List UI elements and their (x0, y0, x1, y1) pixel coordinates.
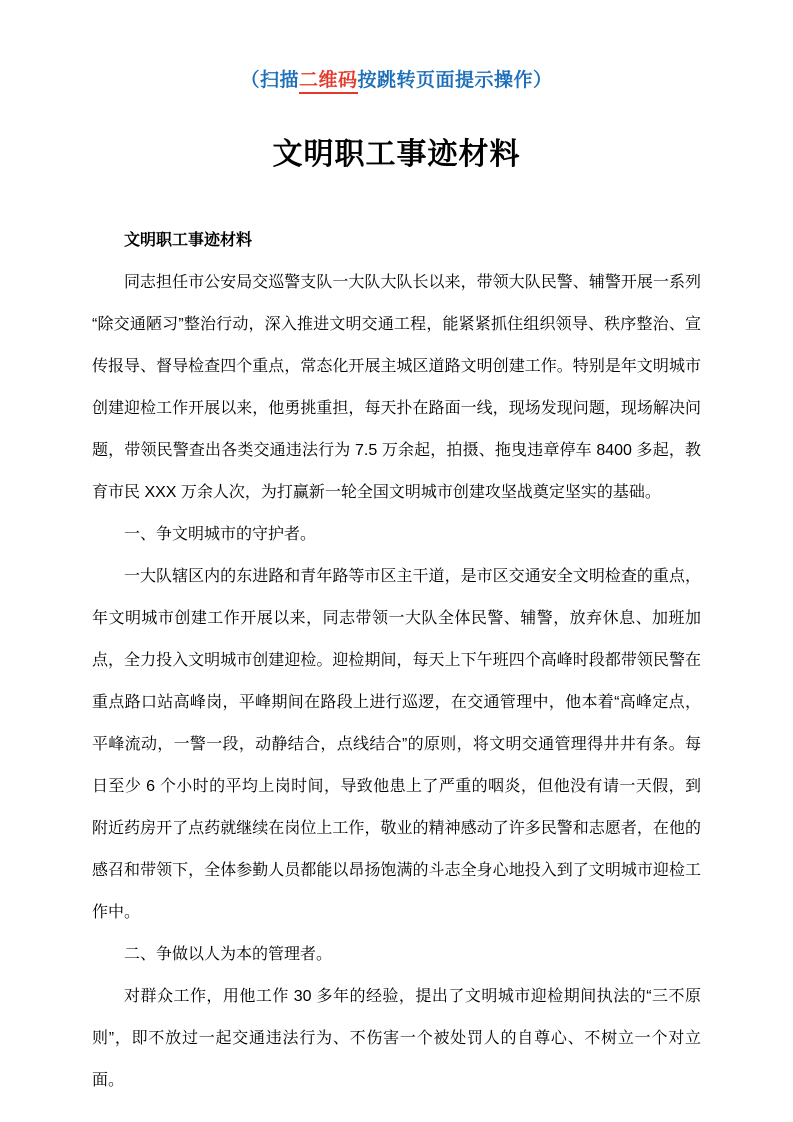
section-heading-2: 二、争做以人为本的管理者。 (92, 934, 701, 976)
section-heading-1: 一、争文明城市的守护者。 (92, 514, 701, 556)
qr-scan-notice-link[interactable]: （扫描二维码按跳转页面提示操作） (0, 0, 793, 94)
paragraph-intro: 同志担任市公安局交巡警支队一大队大队长以来，带领大队民警、辅警开展一系列“除交通… (92, 262, 701, 514)
document-title: 文明职工事迹材料 (0, 138, 793, 172)
document-page: （扫描二维码按跳转页面提示操作） 文明职工事迹材料 文明职工事迹材料 同志担任市… (0, 0, 793, 1122)
body-subheading: 文明职工事迹材料 (92, 220, 701, 262)
document-body: 文明职工事迹材料 同志担任市公安局交巡警支队一大队大队长以来，带领大队民警、辅警… (92, 220, 701, 1102)
qr-code-highlight-text: 二维码 (299, 70, 358, 94)
notice-suffix-text: 按跳转页面提示操作） (358, 70, 553, 91)
paragraph-section-1: 一大队辖区内的东进路和青年路等市区主干道，是市区交通安全文明检查的重点，年文明城… (92, 556, 701, 934)
notice-prefix-text: （扫描 (240, 70, 299, 91)
paragraph-section-2: 对群众工作，用他工作 30 多年的经验，提出了文明城市迎检期间执法的“三不原则”… (92, 976, 701, 1102)
